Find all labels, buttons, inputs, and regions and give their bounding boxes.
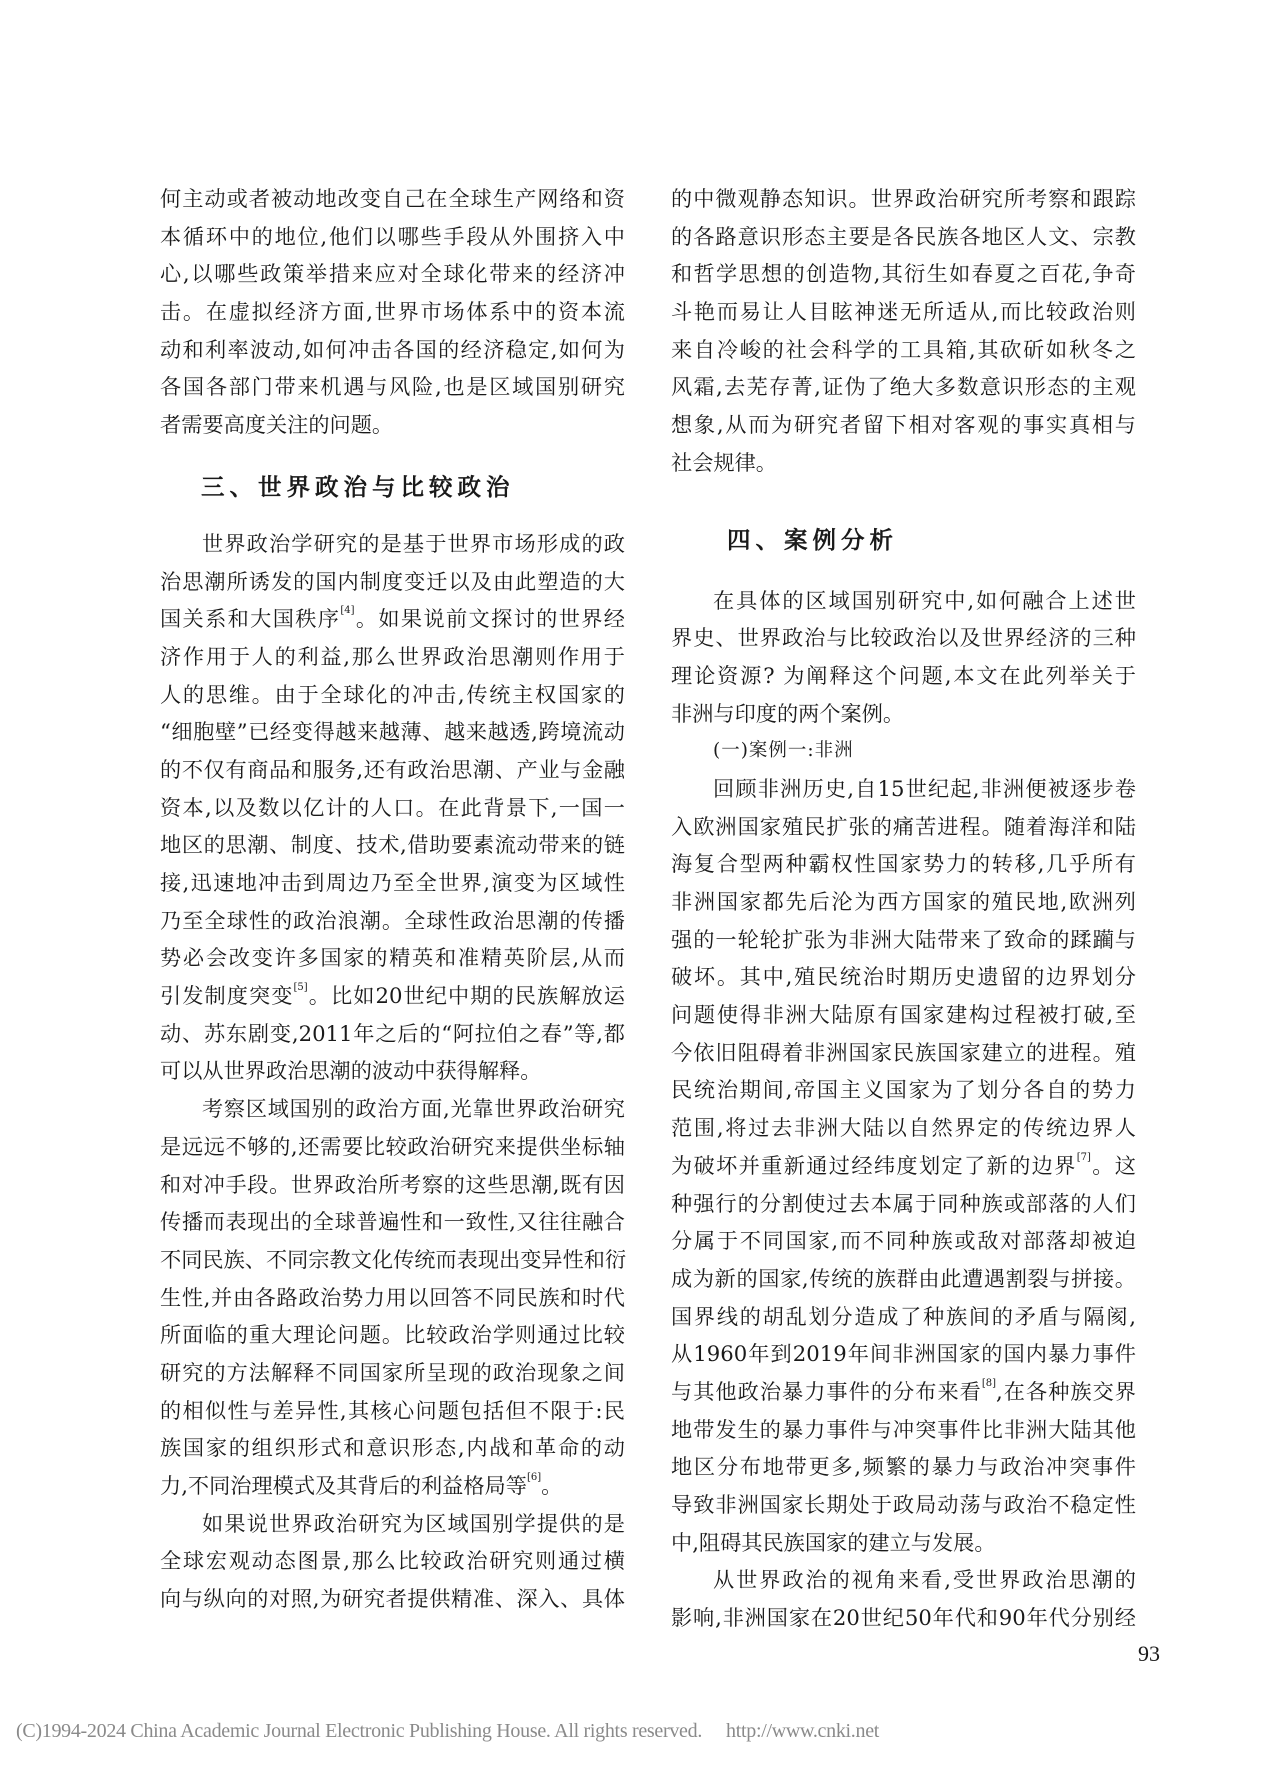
text-line: 在具体的区域国别研究中,如何融合上述世 (671, 582, 1136, 620)
text-line: 破坏。其中,殖民统治时期历史遗留的边界划分 (671, 958, 1136, 996)
text-line: 全球宏观动态图景,那么比较政治研究则通过横 (160, 1542, 625, 1580)
text-line: 界史、世界政治与比较政治以及世界经济的三种 (671, 619, 1136, 657)
text-line: 和对冲手段。世界政治所考察的这些思潮,既有因 (160, 1166, 625, 1204)
text-line: “细胞壁”已经变得越来越薄、越来越透,跨境流动 (160, 713, 625, 751)
text-line: 导致非洲国家长期处于政局动荡与政治不稳定性 (671, 1486, 1136, 1524)
text-line: 族国家的组织形式和意识形态,内战和革命的动 (160, 1429, 625, 1467)
text-line: 向与纵向的对照,为研究者提供精准、深入、具体 (160, 1580, 625, 1618)
paragraph-continued: 的中微观静态知识。世界政治研究所考察和跟踪 的各路意识形态主要是各民族各地区人文… (671, 180, 1136, 482)
text-line: 斗艳而易让人目眩神迷无所适从,而比较政治则 (671, 293, 1136, 331)
text-line: 地区的思潮、制度、技术,借助要素流动带来的链 (160, 826, 625, 864)
line-text: ,在各种族交界 (996, 1379, 1136, 1404)
text-line: 的各路意识形态主要是各民族各地区人文、宗教 (671, 218, 1136, 256)
text-line: 从1960年到2019年间非洲国家的国内暴力事件 (671, 1335, 1136, 1373)
text-line: 何主动或者被动地改变自己在全球生产网络和资 (160, 180, 625, 218)
text-line: 人的思维。由于全球化的冲击,传统主权国家的 (160, 676, 625, 714)
text-line: 社会规律。 (671, 444, 1136, 482)
text-line: 势必会改变许多国家的精英和准精英阶层,从而 (160, 939, 625, 977)
paragraph: 如果说世界政治研究为区域国别学提供的是 全球宏观动态图景,那么比较政治研究则通过… (160, 1505, 625, 1618)
line-text: 引发制度突变 (160, 983, 294, 1008)
footer-url-link[interactable]: http://www.cnki.net (726, 1720, 879, 1742)
left-column: 何主动或者被动地改变自己在全球生产网络和资 本循环中的地位,他们以哪些手段从外围… (160, 180, 625, 1618)
text-line: 本循环中的地位,他们以哪些手段从外围挤入中 (160, 218, 625, 256)
text-line: 各国各部门带来机遇与风险,也是区域国别研究 (160, 368, 625, 406)
text-line: 力,不同治理模式及其背后的利益格局等[6]。 (160, 1467, 625, 1505)
text-line: 如果说世界政治研究为区域国别学提供的是 (160, 1505, 625, 1543)
text-line: 民统治期间,帝国主义国家为了划分各自的势力 (671, 1071, 1136, 1109)
text-line: 生性,并由各路政治势力用以回答不同民族和时代 (160, 1279, 625, 1317)
text-line: 海复合型两种霸权性国家势力的转移,几乎所有 (671, 845, 1136, 883)
line-text: 。这 (1091, 1153, 1136, 1178)
section-heading-4: 四、案例分析 (671, 510, 1136, 570)
text-line: 世界政治学研究的是基于世界市场形成的政 (160, 525, 625, 563)
line-text: 力,不同治理模式及其背后的利益格局等 (160, 1473, 527, 1498)
case1-subheading: (一)案例一:非洲 (671, 732, 1136, 770)
text-line: 强的一轮轮扩张为非洲大陆带来了致命的蹂躏与 (671, 921, 1136, 959)
text-line: 资本,以及数以亿计的人口。在此背景下,一国一 (160, 789, 625, 827)
text-line: 今依旧阻碍着非洲国家民族国家建立的进程。殖 (671, 1034, 1136, 1072)
text-line: 风霜,去芜存菁,证伪了绝大多数意识形态的主观 (671, 368, 1136, 406)
text-line: 分属于不同国家,而不同种族或敌对部落却被迫 (671, 1222, 1136, 1260)
text-line: 中,阻碍其民族国家的建立与发展。 (671, 1524, 1136, 1562)
text-line: 可以从世界政治思潮的波动中获得解释。 (160, 1052, 625, 1090)
citation-ref[interactable]: [5] (294, 982, 308, 993)
text-line: 非洲国家都先后沦为西方国家的殖民地,欧洲列 (671, 883, 1136, 921)
text-line: 乃至全球性的政治浪潮。全球性政治思潮的传播 (160, 902, 625, 940)
text-line: 范围,将过去非洲大陆以自然界定的传统边界人 (671, 1109, 1136, 1147)
line-text: 为破坏并重新通过经纬度划定了新的边界 (671, 1153, 1077, 1178)
text-line: 济作用于人的利益,那么世界政治思潮则作用于 (160, 638, 625, 676)
text-line: 影响,非洲国家在20世纪50年代和90年代分别经 (671, 1599, 1136, 1637)
copyright-text: (C)1994-2024 China Academic Journal Elec… (16, 1720, 702, 1742)
text-line: 回顾非洲历史,自15世纪起,非洲便被逐步卷 (671, 770, 1136, 808)
line-text: 与其他政治暴力事件的分布来看 (671, 1379, 982, 1404)
text-line: 所面临的重大理论问题。比较政治学则通过比较 (160, 1316, 625, 1354)
text-line: 与其他政治暴力事件的分布来看[8],在各种族交界 (671, 1373, 1136, 1411)
line-text: 。比如20世纪中期的民族解放运 (308, 983, 625, 1008)
text-line: 非洲与印度的两个案例。 (671, 695, 1136, 733)
text-line: 国界线的胡乱划分造成了种族间的矛盾与隔阂, (671, 1298, 1136, 1336)
text-line: 问题使得非洲大陆原有国家建构过程被打破,至 (671, 996, 1136, 1034)
text-line: 为破坏并重新通过经纬度划定了新的边界[7]。这 (671, 1147, 1136, 1185)
text-line: 治思潮所诱发的国内制度变迁以及由此塑造的大 (160, 563, 625, 601)
text-line: 不同民族、不同宗教文化传统而表现出变异性和衍 (160, 1241, 625, 1279)
text-line: 是远远不够的,还需要比较政治研究来提供坐标轴 (160, 1128, 625, 1166)
line-text: 国关系和大国秩序 (160, 606, 340, 631)
text-line: 地带发生的暴力事件与冲突事件比非洲大陆其他 (671, 1411, 1136, 1449)
text-line: 的相似性与差异性,其核心问题包括但不限于:民 (160, 1392, 625, 1430)
text-line: 和哲学思想的创造物,其衍生如春夏之百花,争奇 (671, 255, 1136, 293)
text-line: 心,以哪些政策举措来应对全球化带来的经济冲 (160, 255, 625, 293)
citation-ref[interactable]: [4] (340, 605, 354, 616)
paragraph: 考察区域国别的政治方面,光靠世界政治研究 是远远不够的,还需要比较政治研究来提供… (160, 1090, 625, 1505)
section-heading-3: 三、世界政治与比较政治 (160, 457, 625, 517)
text-line: 的中微观静态知识。世界政治研究所考察和跟踪 (671, 180, 1136, 218)
text-line: 接,迅速地冲击到周边乃至全世界,演变为区域性 (160, 864, 625, 902)
right-column: 的中微观静态知识。世界政治研究所考察和跟踪 的各路意识形态主要是各民族各地区人文… (671, 180, 1136, 1637)
paragraph: 在具体的区域国别研究中,如何融合上述世 界史、世界政治与比较政治以及世界经济的三… (671, 582, 1136, 733)
copyright-footer: (C)1994-2024 China Academic Journal Elec… (16, 1720, 879, 1743)
text-line: 国关系和大国秩序[4]。如果说前文探讨的世界经 (160, 600, 625, 638)
citation-ref[interactable]: [6] (527, 1472, 541, 1483)
paragraph: 世界政治学研究的是基于世界市场形成的政 治思潮所诱发的国内制度变迁以及由此塑造的… (160, 525, 625, 1090)
page-number: 93 (1138, 1641, 1160, 1667)
text-line: 研究的方法解释不同国家所呈现的政治现象之间 (160, 1354, 625, 1392)
text-line: 传播而表现出的全球普遍性和一致性,又往往融合 (160, 1203, 625, 1241)
citation-ref[interactable]: [7] (1077, 1152, 1091, 1163)
text-line: 成为新的国家,传统的族群由此遭遇割裂与拼接。 (671, 1260, 1136, 1298)
text-line: 从世界政治的视角来看,受世界政治思潮的 (671, 1561, 1136, 1599)
text-line: 引发制度突变[5]。比如20世纪中期的民族解放运 (160, 977, 625, 1015)
paragraph: 从世界政治的视角来看,受世界政治思潮的 影响,非洲国家在20世纪50年代和90年… (671, 1561, 1136, 1636)
text-line: 理论资源? 为阐释这个问题,本文在此列举关于 (671, 657, 1136, 695)
text-line: 动和利率波动,如何冲击各国的经济稳定,如何为 (160, 331, 625, 369)
text-line: 入欧洲国家殖民扩张的痛苦进程。随着海洋和陆 (671, 808, 1136, 846)
paragraph-continued: 何主动或者被动地改变自己在全球生产网络和资 本循环中的地位,他们以哪些手段从外围… (160, 180, 625, 444)
text-line: 想象,从而为研究者留下相对客观的事实真相与 (671, 406, 1136, 444)
paragraph: 回顾非洲历史,自15世纪起,非洲便被逐步卷 入欧洲国家殖民扩张的痛苦进程。随着海… (671, 770, 1136, 1561)
line-text: 。 (541, 1473, 562, 1498)
text-line: 者需要高度关注的问题。 (160, 406, 625, 444)
text-line: 动、苏东剧变,2011年之后的“阿拉伯之春”等,都 (160, 1015, 625, 1053)
text-line: 来自冷峻的社会科学的工具箱,其砍斫如秋冬之 (671, 331, 1136, 369)
text-line: 击。在虚拟经济方面,世界市场体系中的资本流 (160, 293, 625, 331)
text-line: 种强行的分割使过去本属于同种族或部落的人们 (671, 1185, 1136, 1223)
text-line: 地区分布地带更多,频繁的暴力与政治冲突事件 (671, 1448, 1136, 1486)
text-line: 的不仅有商品和服务,还有政治思潮、产业与金融 (160, 751, 625, 789)
citation-ref[interactable]: [8] (982, 1378, 996, 1389)
line-text: 。如果说前文探讨的世界经 (355, 606, 625, 631)
text-line: 考察区域国别的政治方面,光靠世界政治研究 (160, 1090, 625, 1128)
